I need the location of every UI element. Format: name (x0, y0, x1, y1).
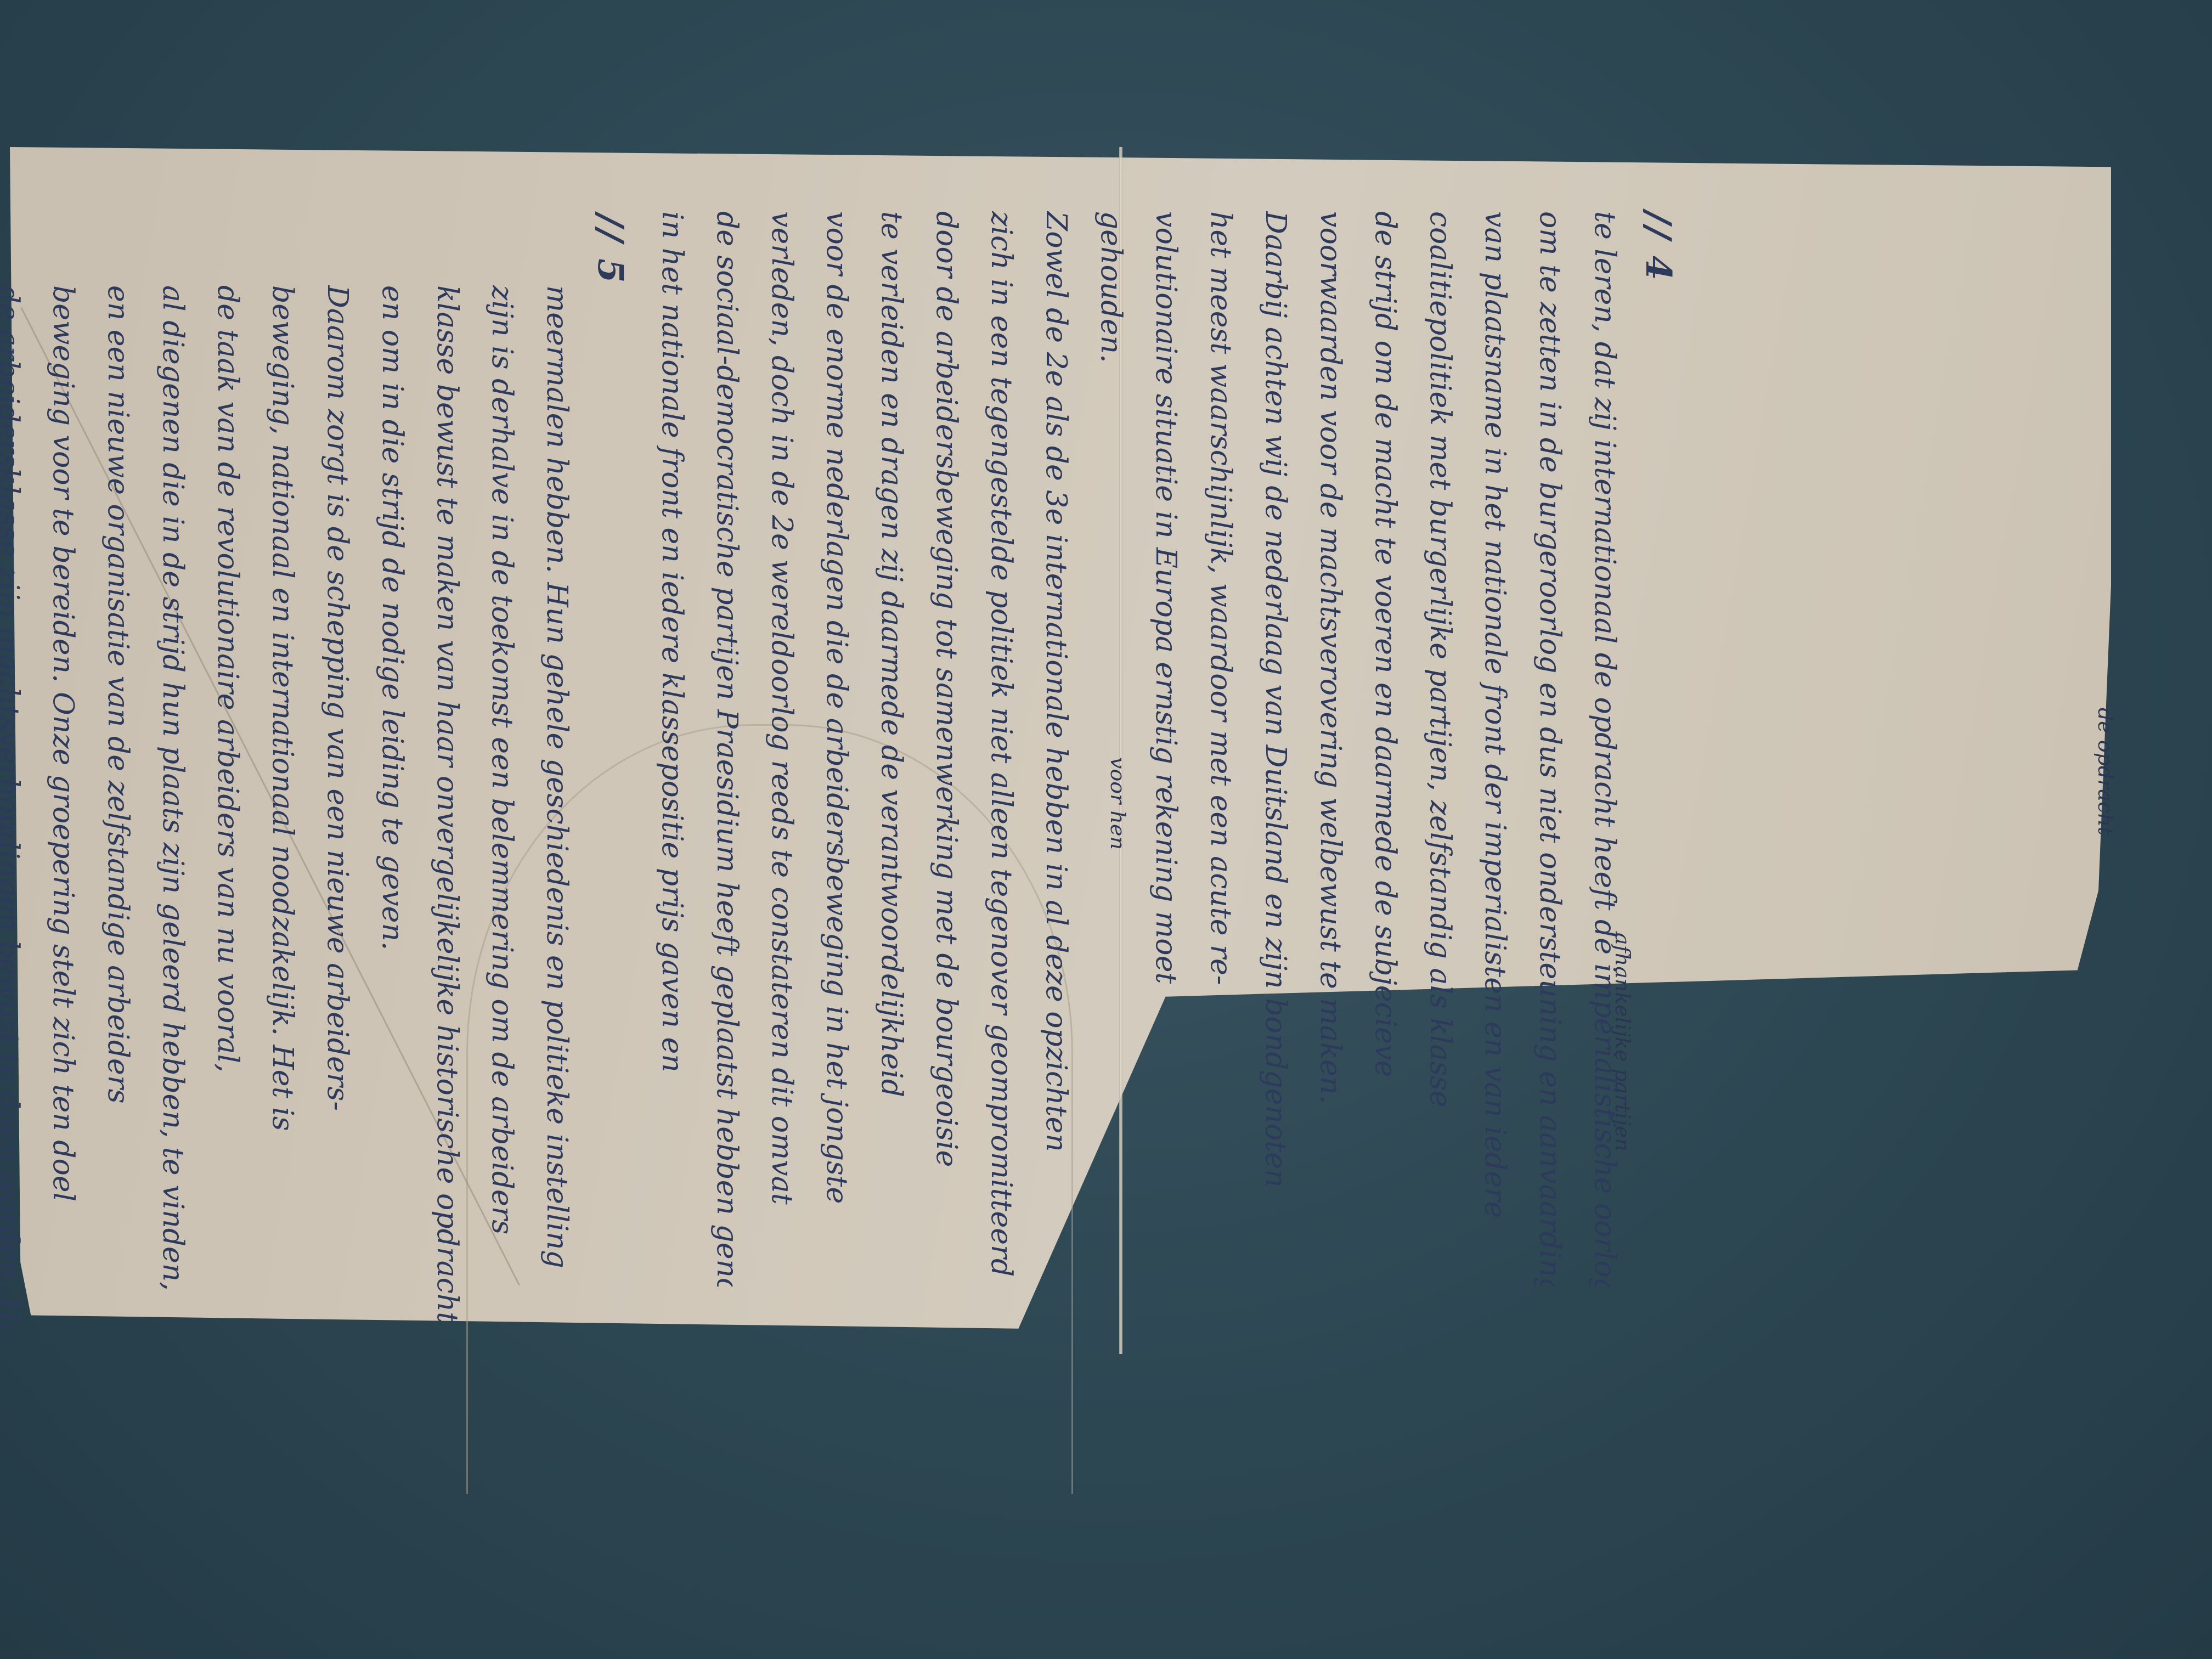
text-line: al diegenen die in de strijd hun plaats … (145, 285, 200, 1328)
text-line: volutionaire situatie in Europa ernstig … (1138, 211, 1193, 1286)
text-line: Daarbij achten wij de nederlaag van Duit… (1248, 211, 1303, 1286)
text-line: verleden, doch in de 2e wereldoorlog ree… (754, 211, 809, 1286)
text-line: door de arbeidersbeweging tot samenwerki… (919, 211, 974, 1286)
text-line: de arbeidersklasse zijn machtsverhouding… (0, 285, 36, 1328)
text-line: en een nieuwe organisatie van de zelfsta… (91, 285, 145, 1328)
text-line: voor de enorme nederlagen die de arbeide… (809, 211, 864, 1286)
text-line: van plaatsname in het nationale front de… (1468, 211, 1522, 1286)
text-line: Daarom zorgt is de schepping van een nie… (310, 285, 365, 1328)
text-line: voorwaarden voor de machtsverovering wel… (1303, 211, 1358, 1286)
text-line: de sociaal-democratische partijen Praesi… (699, 211, 754, 1286)
text-line: gehouden. (1084, 211, 1138, 1286)
insert-afhankelijke-partijen: afhankelijke partijen (1611, 933, 1635, 1152)
text-line: klasse bewust te maken van haar onvergel… (420, 285, 475, 1328)
page-4: // 4 te leren, dat zij internationaal de… (645, 211, 1679, 1286)
page-number-5: // 5 (590, 214, 631, 1328)
text-line: zich in een tegengestelde politiek niet … (974, 211, 1029, 1286)
text-line: zijn is derhalve in de toekomst een bele… (475, 285, 529, 1328)
text-line: coalitiepolitiek met burgerlijke partije… (1413, 211, 1468, 1286)
text-line: meermalen hebben. Hun gehele geschiedeni… (529, 285, 584, 1328)
page-number-4: // 4 (1638, 211, 1679, 1286)
insert-voor-hen: voor hen (1106, 757, 1130, 850)
text-line: en om in die strijd de nodige leiding te… (365, 285, 420, 1328)
text-line: de taak van de revolutionaire arbeiders … (200, 285, 255, 1328)
text-line: in het nationale front en iedere klassep… (645, 211, 699, 1286)
text-line: Zowel de 2e als de 3e internationale heb… (1029, 211, 1084, 1286)
text-line: te verleiden en dragen zij daarmede de v… (864, 211, 919, 1286)
page-5: // 5 meermalen hebben. Hun gehele geschi… (0, 285, 631, 1328)
text-line: om te zetten in de burgeroorlog en dus n… (1522, 211, 1577, 1286)
text-line: beweging, nationaal en internationaal no… (255, 285, 310, 1328)
text-line: het meest waarschijnlijk, waardoor met e… (1193, 211, 1248, 1286)
text-line: beweging voor te bereiden. Onze groeperi… (36, 285, 91, 1328)
insert-de-opdracht: de opdracht (2093, 708, 2118, 835)
text-line: de strijd om de macht te voeren en daarm… (1358, 211, 1413, 1286)
